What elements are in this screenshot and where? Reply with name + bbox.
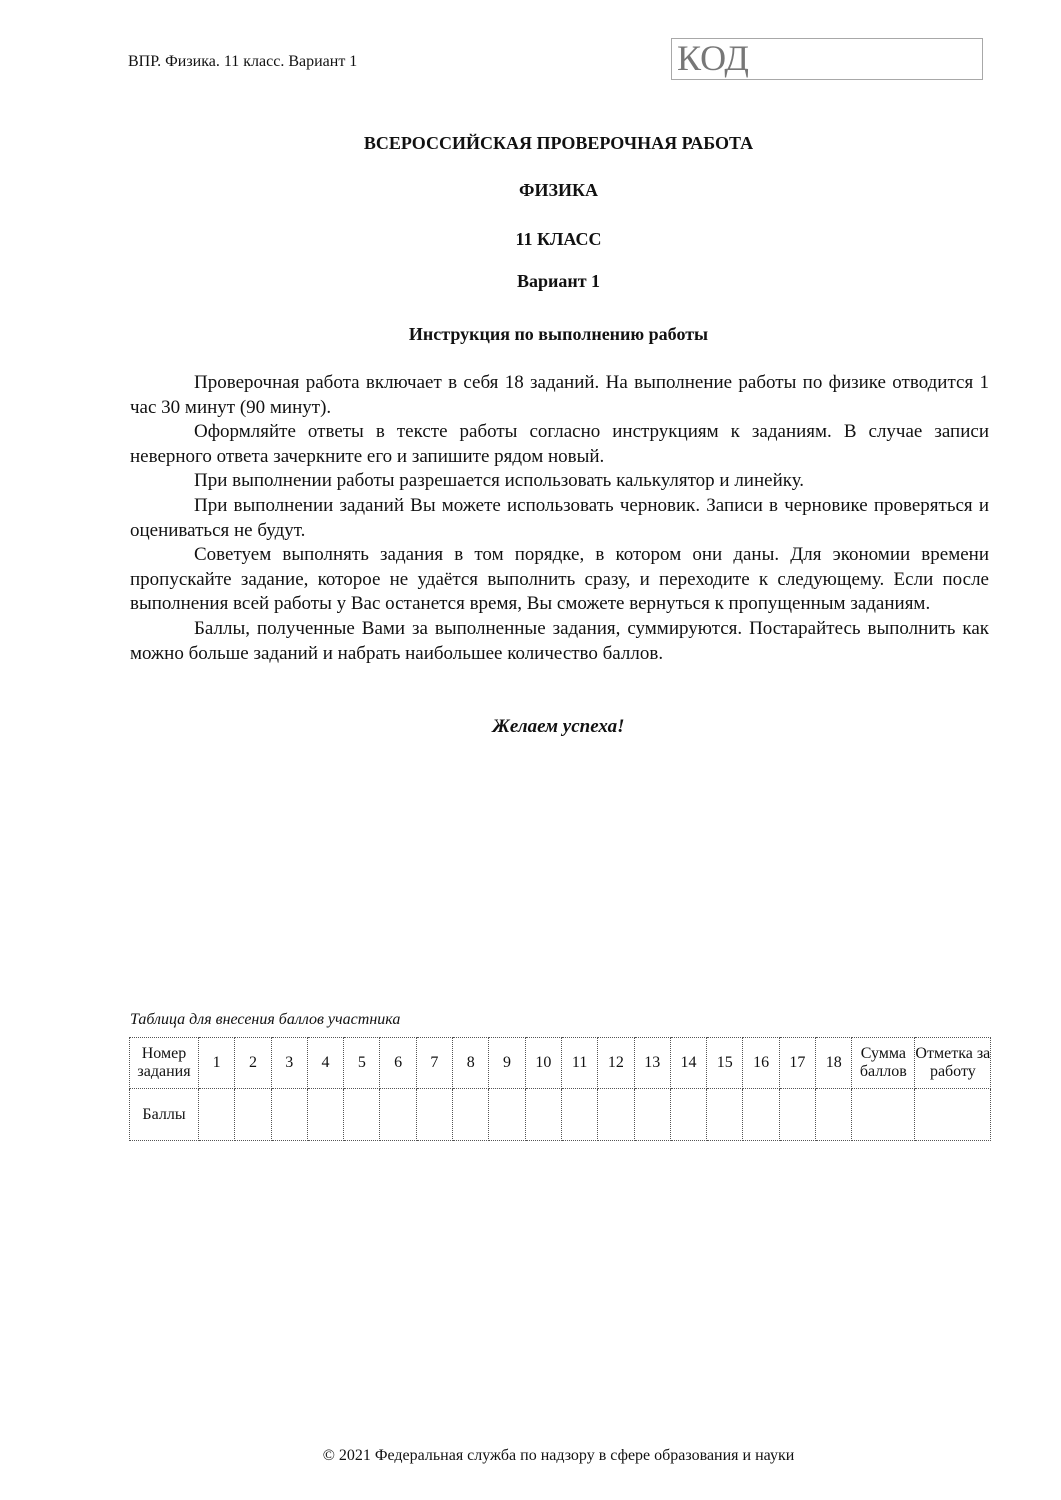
instructions-body: Проверочная работа включает в себя 18 за… xyxy=(130,371,989,666)
task-number-cell: 7 xyxy=(416,1038,452,1089)
score-input-cell[interactable] xyxy=(344,1089,380,1141)
document-title: ВСЕРОССИЙСКАЯ ПРОВЕРОЧНАЯ РАБОТА xyxy=(0,133,1061,154)
task-number-cell: 12 xyxy=(598,1038,634,1089)
good-luck-text: Желаем успеха! xyxy=(0,716,1061,738)
task-number-cell: 14 xyxy=(670,1038,706,1089)
score-input-cell[interactable] xyxy=(525,1089,561,1141)
score-input-cell[interactable] xyxy=(779,1089,815,1141)
score-input-cell[interactable] xyxy=(271,1089,307,1141)
score-input-cell[interactable] xyxy=(743,1089,779,1141)
score-row: Баллы xyxy=(130,1089,991,1141)
score-input-cell[interactable] xyxy=(634,1089,670,1141)
grade-input-cell[interactable] xyxy=(915,1089,991,1141)
score-input-cell[interactable] xyxy=(307,1089,343,1141)
score-input-cell[interactable] xyxy=(199,1089,235,1141)
score-input-cell[interactable] xyxy=(670,1089,706,1141)
task-number-cell: 11 xyxy=(561,1038,597,1089)
score-input-cell[interactable] xyxy=(598,1089,634,1141)
instruction-paragraph: При выполнении заданий Вы можете использ… xyxy=(130,494,989,543)
subject-title: ФИЗИКА xyxy=(0,180,1061,201)
score-input-cell[interactable] xyxy=(816,1089,852,1141)
score-input-cell[interactable] xyxy=(235,1089,271,1141)
score-input-cell[interactable] xyxy=(561,1089,597,1141)
task-number-cell: 8 xyxy=(453,1038,489,1089)
sum-header-cell: Сумма баллов xyxy=(852,1038,915,1089)
task-number-cell: 16 xyxy=(743,1038,779,1089)
task-number-cell: 2 xyxy=(235,1038,271,1089)
task-number-cell: 9 xyxy=(489,1038,525,1089)
score-input-cell[interactable] xyxy=(380,1089,416,1141)
sum-input-cell[interactable] xyxy=(852,1089,915,1141)
instruction-paragraph: Оформляйте ответы в тексте работы соглас… xyxy=(130,420,989,469)
task-number-cell: 15 xyxy=(707,1038,743,1089)
score-input-cell[interactable] xyxy=(453,1089,489,1141)
task-number-cell: 3 xyxy=(271,1038,307,1089)
code-field[interactable]: КОД xyxy=(671,38,983,80)
score-table-caption: Таблица для внесения баллов участника xyxy=(130,1011,400,1029)
score-table: Номер задания 12345678910111213141516171… xyxy=(129,1037,991,1141)
variant-title: Вариант 1 xyxy=(0,271,1061,292)
score-input-cell[interactable] xyxy=(416,1089,452,1141)
task-number-cell: 18 xyxy=(816,1038,852,1089)
instruction-paragraph: Советуем выполнять задания в том порядке… xyxy=(130,543,989,617)
grade-header-cell: Отметка за работу xyxy=(915,1038,991,1089)
task-number-cell: 10 xyxy=(525,1038,561,1089)
task-number-cell: 13 xyxy=(634,1038,670,1089)
task-number-cell: 4 xyxy=(307,1038,343,1089)
grade-title: 11 КЛАСС xyxy=(0,229,1061,250)
copyright-footer: © 2021 Федеральная служба по надзору в с… xyxy=(0,1447,1061,1465)
instruction-paragraph: Проверочная работа включает в себя 18 за… xyxy=(130,371,989,420)
task-number-cell: 6 xyxy=(380,1038,416,1089)
task-number-cell: 5 xyxy=(344,1038,380,1089)
instructions-heading: Инструкция по выполнению работы xyxy=(0,324,1061,345)
task-number-cell: 1 xyxy=(199,1038,235,1089)
row-label-scores: Баллы xyxy=(130,1089,199,1141)
running-header: ВПР. Физика. 11 класс. Вариант 1 xyxy=(128,53,357,71)
row-label-task-number: Номер задания xyxy=(130,1038,199,1089)
task-number-row: Номер задания 12345678910111213141516171… xyxy=(130,1038,991,1089)
instruction-paragraph: Баллы, полученные Вами за выполненные за… xyxy=(130,617,989,666)
task-number-cell: 17 xyxy=(779,1038,815,1089)
score-input-cell[interactable] xyxy=(489,1089,525,1141)
instruction-paragraph: При выполнении работы разрешается исполь… xyxy=(130,469,989,494)
score-input-cell[interactable] xyxy=(707,1089,743,1141)
